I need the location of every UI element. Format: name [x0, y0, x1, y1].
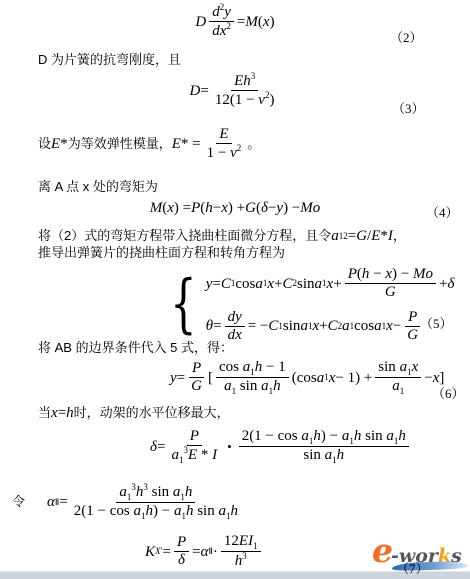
math-token: y	[206, 275, 213, 293]
fraction: E1 − v2	[204, 126, 245, 163]
math-token: *	[197, 447, 212, 463]
eworks-logo-e: e	[372, 531, 391, 570]
math-token: a	[301, 428, 309, 444]
math-token: 为等效弹性模量，	[68, 136, 172, 152]
paragraph-stiffness: D 为片簧的抗弯刚度，且	[38, 52, 181, 68]
math-token: 将 AB 的边界条件代入 5 式，得：	[38, 340, 233, 356]
paragraph-derive-1: 将（2）式的弯矩方程带入挠曲柱面微分方程，且令 a12=G/E*I，	[38, 227, 406, 245]
math-token: 1 −	[207, 145, 230, 161]
math-token: α	[47, 493, 55, 511]
math-token: h	[230, 503, 238, 519]
equation-4: M(x) = P(h − x) + G(δ − y) − Mo	[0, 199, 470, 217]
fraction: dydx	[225, 309, 245, 345]
equation-6: y = PG[cos a1h − 1a1 sin a1h(cos a1x − 1…	[170, 359, 444, 396]
math-token: 离 A 点 x 处的弯矩为	[38, 179, 158, 195]
math-token: [	[208, 369, 213, 387]
math-token: P	[192, 360, 201, 376]
left-brace: {	[170, 276, 196, 334]
math-token: 3	[242, 551, 247, 561]
math-token: h	[185, 484, 193, 500]
math-token: 2(1 − cos	[74, 503, 134, 519]
equation-4-math: M(x) = P(h − x) + G(δ − y) − Mo	[150, 199, 321, 217]
math-token: C	[328, 317, 338, 335]
math-token: =	[162, 543, 170, 561]
math-token: ，	[393, 228, 406, 244]
equation-2-math: Dd2ydx2 = M(x)	[195, 3, 274, 41]
math-token: a	[171, 447, 179, 463]
math-token: cos	[219, 359, 243, 375]
math-token: P	[177, 534, 186, 550]
math-token: a	[315, 275, 323, 293]
math-token: Mo	[300, 199, 320, 217]
document-page: Dd2ydx2 = M(x) （2） D 为片簧的抗弯刚度，且 D = Eh31…	[0, 0, 470, 579]
fraction: cos a1h − 1a1 sin a1h	[216, 359, 289, 396]
math-token: =	[192, 543, 200, 561]
math-token: sin	[283, 317, 301, 335]
math-token: P	[408, 309, 417, 325]
math-token: +	[333, 275, 341, 293]
math-token: M	[245, 13, 258, 31]
math-token: Mo	[413, 266, 433, 282]
equation-6-math: y = PG[cos a1h − 1a1 sin a1h(cos a1x − 1…	[170, 359, 444, 396]
math-token: − 1) +	[335, 369, 372, 387]
paragraph-modulus: 设 E* 为等效弹性模量， E* = E1 − v2 。	[38, 126, 260, 163]
math-token: 1	[127, 492, 132, 502]
math-token: +	[439, 275, 447, 293]
math-token: 12	[224, 533, 239, 549]
fraction: Eh312(1 − v2)	[212, 72, 278, 110]
math-token: P	[191, 199, 200, 217]
equation-7-math: KX′ = Pδ = αⅡ · 12EI1h3	[145, 533, 264, 570]
equation-delta: δ = Pa13E * I•2(1 − cos a1h) − a1h sin a…	[150, 428, 412, 465]
math-token: =	[157, 438, 165, 456]
fraction: sin a1xa1	[375, 359, 421, 396]
fraction: Pδ	[174, 534, 189, 570]
math-token: x	[312, 317, 319, 335]
math-token: 1	[253, 541, 258, 551]
math-token: D	[195, 13, 206, 31]
equation-7: KX′ = Pδ = αⅡ · 12EI1h3	[145, 533, 264, 570]
math-token: 令	[12, 494, 25, 510]
math-token: * =	[181, 135, 201, 153]
fraction: a13h3 sin a1h2(1 − cos a1h) − a1h sin a1…	[71, 483, 241, 521]
math-token: C	[221, 275, 231, 293]
math-token: E	[219, 126, 228, 142]
math-token: a	[218, 503, 226, 519]
math-token: δ	[150, 438, 157, 456]
math-token: ) =	[174, 199, 191, 217]
math-token: =	[59, 493, 67, 511]
paragraph-max-displacement: 当 x=h 时，动架的水平位移最大，	[38, 404, 230, 422]
equation-alpha: 令αⅡ = a13h3 sin a1h2(1 − cos a1h) − a1h …	[12, 483, 244, 521]
math-token: y	[224, 4, 231, 20]
math-token: 。	[247, 136, 260, 152]
math-token: θ	[206, 317, 213, 335]
math-token: dx	[212, 23, 226, 39]
math-token: d	[212, 4, 220, 20]
math-token: x	[263, 13, 270, 31]
math-token: •	[227, 439, 232, 455]
math-token: x	[221, 199, 228, 217]
math-token: 时，动架的水平位移最大，	[74, 405, 230, 421]
math-token: 设	[38, 136, 51, 152]
fraction: PG	[188, 360, 205, 396]
paragraph-moment: 离 A 点 x 处的弯矩为	[38, 179, 158, 195]
math-token: E	[371, 227, 380, 245]
math-token: sin	[297, 275, 315, 293]
math-token: G	[407, 327, 418, 343]
equation-5-number: （5）	[420, 313, 453, 332]
equation-6-number: （6）	[432, 383, 465, 402]
math-token: 1	[400, 386, 405, 396]
math-token: E	[188, 447, 197, 463]
fraction: Pa13E * I	[168, 428, 220, 465]
math-token: )	[270, 13, 275, 31]
math-token: cos	[235, 275, 255, 293]
math-token: =	[58, 404, 66, 422]
math-token: G	[356, 227, 367, 245]
math-token: a	[386, 428, 394, 444]
math-token: sin	[193, 503, 218, 519]
paragraph-boundary: 将 AB 的边界条件代入 5 式，得：	[38, 340, 233, 356]
math-token: =	[213, 317, 221, 335]
math-token: δ	[261, 199, 268, 217]
equation-3-number: （3）	[392, 98, 425, 117]
math-token: h	[273, 378, 281, 394]
math-token: *	[60, 135, 68, 153]
math-token: =	[200, 82, 208, 100]
math-token: Eh	[234, 73, 251, 89]
math-token: sin	[236, 378, 261, 394]
paragraph-derive-2: 推导出弹簧片的挠曲柱面方程和转角方程为	[38, 245, 285, 261]
equation-4-number: （4）	[426, 202, 459, 221]
math-token: =	[348, 227, 356, 245]
fraction: 12EI1h3	[221, 533, 261, 570]
math-token: C	[283, 275, 293, 293]
math-token: α	[201, 543, 209, 561]
math-token: 推导出弹簧片的挠曲柱面方程和转角方程为	[38, 245, 285, 261]
math-token: I	[212, 447, 217, 463]
math-token: a	[392, 378, 400, 394]
math-token: ) +	[228, 199, 245, 217]
math-token: G	[385, 284, 396, 300]
math-token: a	[317, 369, 325, 387]
math-token: a	[374, 317, 382, 335]
math-token: −	[213, 199, 221, 217]
math-token: 12(1 −	[215, 92, 258, 108]
math-token: a	[342, 317, 350, 335]
math-token: sin	[378, 359, 399, 375]
math-token: ) −	[392, 266, 413, 282]
fraction: P(h − x) − MoG	[345, 266, 436, 302]
math-token: sin	[303, 447, 324, 463]
math-token: h	[205, 199, 213, 217]
math-token: 3	[251, 71, 256, 81]
math-token: 2	[226, 21, 231, 31]
math-token: x	[329, 369, 336, 387]
math-token: h	[398, 428, 406, 444]
math-token: δ	[447, 275, 454, 293]
math-token: −	[369, 266, 385, 282]
math-token: P	[190, 428, 199, 444]
equation-5: {y = C1 cos a1x + C2 sin a1x + P(h − x) …	[163, 266, 454, 344]
math-token: − 1	[262, 359, 285, 375]
math-token: D	[190, 82, 201, 100]
math-token: P	[348, 266, 357, 282]
math-token: x	[412, 359, 419, 375]
math-token: =	[212, 275, 220, 293]
equation-delta-math: δ = Pa13E * I•2(1 − cos a1h) − a1h sin a…	[150, 428, 412, 465]
math-token: x	[51, 404, 58, 422]
math-token: a	[400, 359, 408, 375]
math-token: x	[386, 317, 393, 335]
math-token: ·	[213, 543, 218, 561]
math-token: dy	[228, 309, 242, 325]
math-token: ) −	[283, 199, 300, 217]
equation-5-math: {y = C1 cos a1x + C2 sin a1x + P(h − x) …	[163, 266, 454, 344]
math-token: ) −	[321, 428, 342, 444]
math-token: =	[177, 369, 185, 387]
math-token: v	[230, 145, 237, 161]
math-token: h	[66, 404, 74, 422]
math-token: x	[267, 275, 274, 293]
math-token: = −	[248, 317, 269, 335]
math-token: 1	[179, 455, 184, 465]
math-token: sin	[361, 428, 386, 444]
math-token: a	[300, 317, 308, 335]
math-token: a	[224, 378, 232, 394]
math-token: a	[261, 378, 269, 394]
math-token: 2	[237, 143, 242, 153]
math-token: a	[255, 275, 263, 293]
math-token: h	[337, 447, 345, 463]
math-token: y	[170, 369, 177, 387]
fraction: 2(1 − cos a1h) − a1h sin a1hsin a1h	[239, 428, 409, 465]
math-token: M	[150, 199, 163, 217]
equation-2-number: （2）	[390, 27, 423, 46]
math-token: cos	[354, 317, 374, 335]
math-token: K	[145, 543, 155, 561]
math-token: h	[313, 428, 321, 444]
math-token: G	[191, 378, 202, 394]
math-token: x	[167, 199, 174, 217]
fraction: d2ydx2	[209, 3, 234, 41]
fraction: PG	[404, 309, 421, 345]
math-token: 当	[38, 405, 51, 421]
math-token: δ	[178, 552, 185, 568]
math-token: G	[245, 199, 256, 217]
math-token: EI	[239, 533, 253, 549]
math-token: 将（2）式的弯矩方程带入挠曲柱面微分方程，且令	[38, 228, 331, 244]
math-token: E	[51, 135, 60, 153]
math-token: x	[327, 275, 334, 293]
math-token: x	[385, 266, 392, 282]
equation-7-number: （7）	[396, 558, 429, 577]
math-token: a	[331, 227, 339, 245]
math-token: )	[269, 92, 274, 108]
math-token: h	[146, 503, 154, 519]
math-token: *	[380, 227, 388, 245]
math-token: a	[134, 503, 142, 519]
math-token: D 为片簧的抗弯刚度，且	[38, 52, 181, 68]
math-token: +	[274, 275, 282, 293]
cases-group: {y = C1 cos a1x + C2 sin a1x + P(h − x) …	[163, 266, 454, 344]
math-token: y	[276, 199, 283, 217]
math-token: +	[319, 317, 327, 335]
math-token: C	[268, 317, 278, 335]
math-token: v	[258, 92, 265, 108]
equation-alpha-math: 令αⅡ = a13h3 sin a1h2(1 − cos a1h) − a1h …	[12, 483, 244, 521]
math-token: a	[119, 484, 127, 500]
math-token: 2(1 − cos	[242, 428, 302, 444]
equation-3-math: D = Eh312(1 − v2)	[190, 72, 281, 110]
math-token: −	[393, 317, 401, 335]
math-token: sin	[148, 484, 173, 500]
math-token: ) −	[153, 503, 174, 519]
math-token: E	[172, 135, 181, 153]
math-token: (cos	[292, 369, 317, 387]
